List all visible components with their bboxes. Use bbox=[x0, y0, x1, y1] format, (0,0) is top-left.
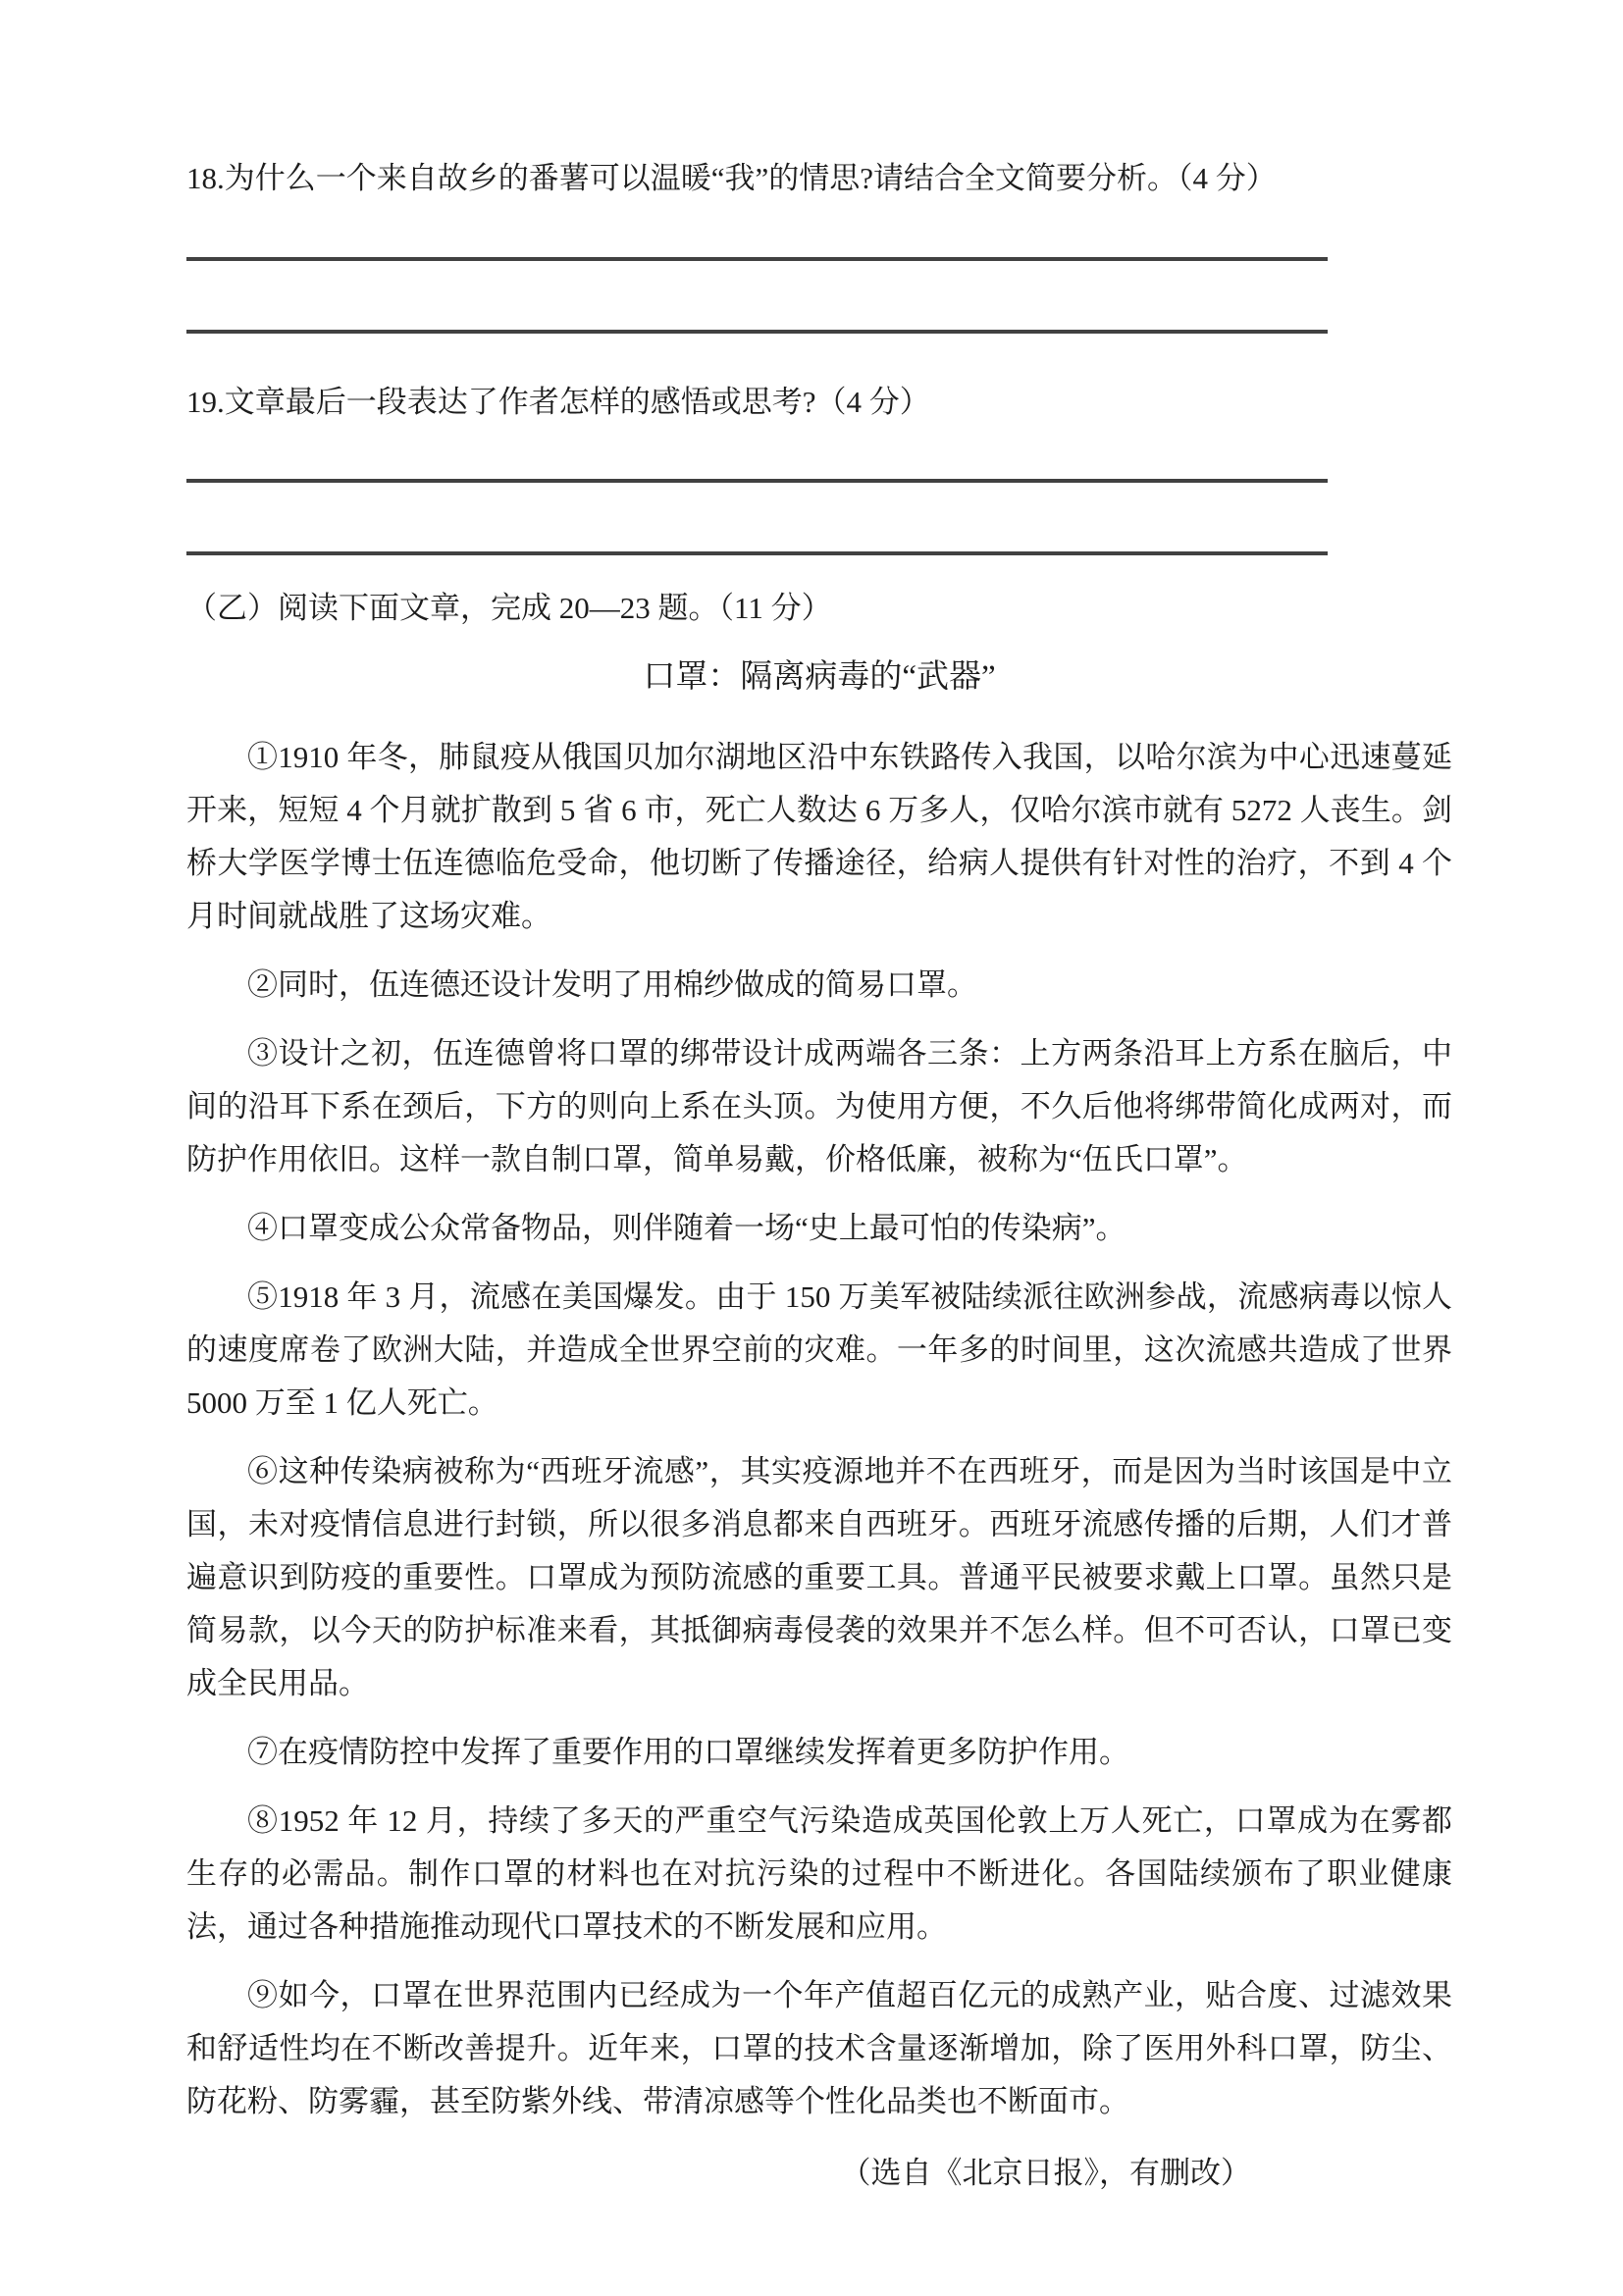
exam-content: 18.为什么一个来自故乡的番薯可以温暖“我”的情思?请结合全文简要分析。（4 分… bbox=[0, 0, 1623, 2193]
article-title: 口罩：隔离病毒的“武器” bbox=[186, 655, 1452, 699]
answer-line-2 bbox=[186, 330, 1328, 334]
answer-line-4 bbox=[186, 551, 1328, 555]
article-paragraph-8: ⑧1952 年 12 月，持续了多天的严重空气污染造成英国伦敦上万人死亡，口罩成… bbox=[186, 1795, 1452, 1954]
article: 口罩：隔离病毒的“武器” ①1910 年冬，肺鼠疫从俄国贝加尔湖地区沿中东铁路传… bbox=[186, 655, 1452, 2193]
article-paragraph-9: ⑨如今，口罩在世界范围内已经成为一个年产值超百亿元的成熟产业，贴合度、过滤效果和… bbox=[186, 1969, 1452, 2128]
article-paragraph-6: ⑥这种传染病被称为“西班牙流感”，其实疫源地并不在西班牙，而是因为当时该国是中立… bbox=[186, 1445, 1452, 1710]
exam-page: 18.为什么一个来自故乡的番薯可以温暖“我”的情思?请结合全文简要分析。（4 分… bbox=[0, 0, 1623, 2296]
section-b-header: （乙）阅读下面文章，完成 20—23 题。（11 分） bbox=[186, 589, 1452, 628]
article-paragraph-2: ②同时，伍连德还设计发明了用棉纱做成的简易口罩。 bbox=[186, 959, 1452, 1012]
article-paragraph-4: ④口罩变成公众常备物品，则伴随着一场“史上最可怕的传染病”。 bbox=[186, 1202, 1452, 1255]
question-19: 19.文章最后一段表达了作者怎样的感悟或思考?（4 分） bbox=[186, 383, 1452, 422]
article-paragraph-7: ⑦在疫情防控中发挥了重要作用的口罩继续发挥着更多防护作用。 bbox=[186, 1726, 1452, 1779]
article-paragraph-5: ⑤1918 年 3 月，流感在美国爆发。由于 150 万美军被陆续派往欧洲参战，… bbox=[186, 1271, 1452, 1430]
article-paragraph-1: ①1910 年冬，肺鼠疫从俄国贝加尔湖地区沿中东铁路传入我国，以哈尔滨为中心迅速… bbox=[186, 731, 1452, 943]
article-source-attribution: （选自《北京日报》，有删改） bbox=[186, 2154, 1452, 2193]
question-18: 18.为什么一个来自故乡的番薯可以温暖“我”的情思?请结合全文简要分析。（4 分… bbox=[186, 159, 1452, 198]
article-paragraph-3: ③设计之初，伍连德曾将口罩的绑带设计成两端各三条：上方两条沿耳上方系在脑后，中间… bbox=[186, 1027, 1452, 1186]
answer-line-1 bbox=[186, 257, 1328, 261]
answer-line-3 bbox=[186, 479, 1328, 483]
